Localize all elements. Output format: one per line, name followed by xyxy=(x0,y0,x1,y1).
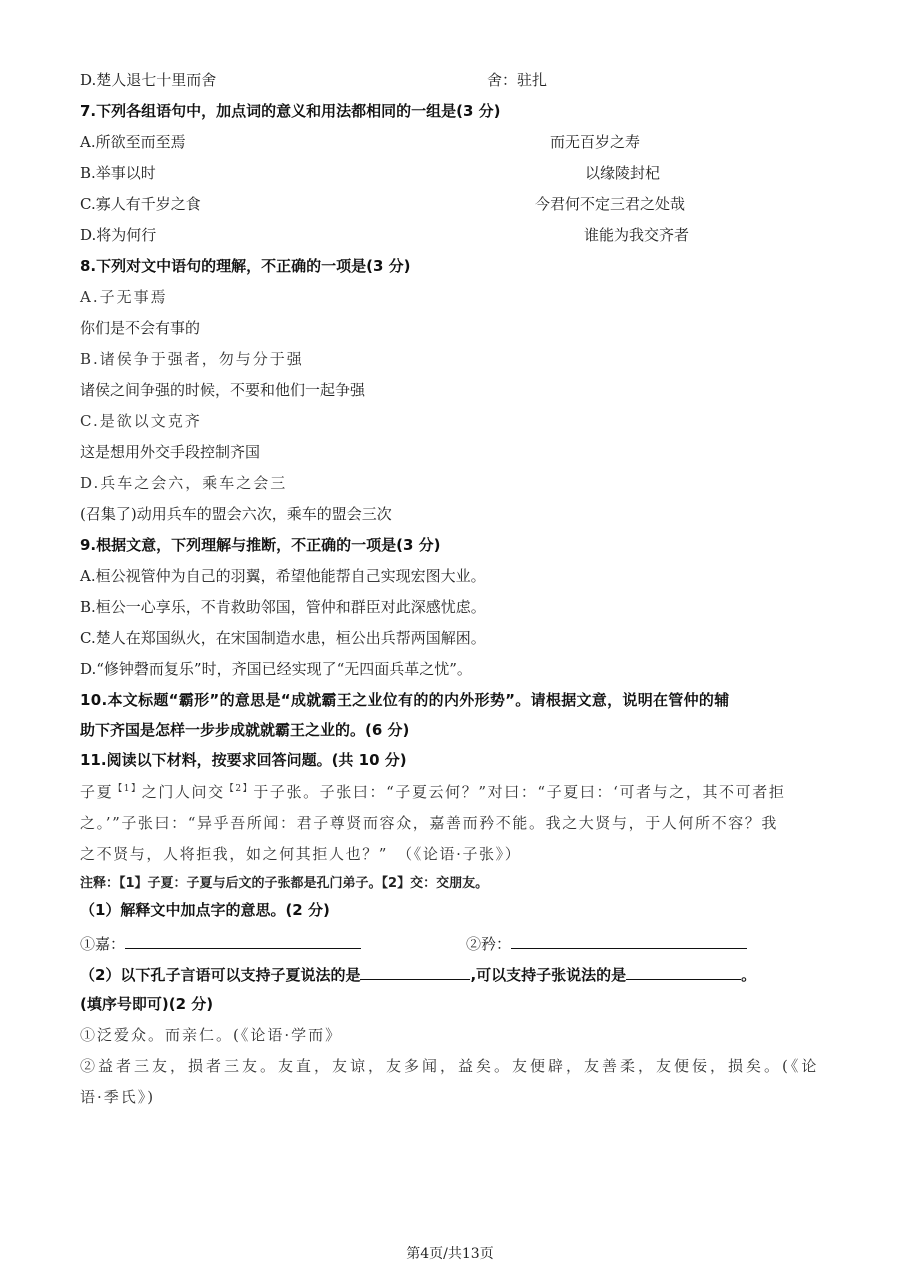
footnote-marker-2: 【2】 xyxy=(225,784,254,794)
q7-option-c-right: 今君何不定三君之处哉 xyxy=(535,194,685,214)
q10-stem-line1: 10.本文标题“霸形”的意思是“成就霸王之业位有的的内外形势”。请根据文意，说明… xyxy=(80,690,730,710)
passage-text: 于子张。子张曰：“子夏云何？”对曰：“子夏曰：‘可者与之，其不可者拒 xyxy=(253,783,785,801)
q8-option-d-translation: (召集了)动用兵车的盟会六次，乘车的盟会三次 xyxy=(80,504,392,524)
q8-option-b-translation: 诸侯之间争强的时候，不要和他们一起争强 xyxy=(80,380,365,400)
q9-option-d: D.“修钟磬而复乐”时，齐国已经实现了“无四面兵革之忧”。 xyxy=(80,659,472,679)
q7-option-b-left: B.举事以时 xyxy=(80,163,156,183)
q11-passage-line1: 子夏【1】之门人问交【2】于子张。子张曰：“子夏云何？”对曰：“子夏曰：‘可者与… xyxy=(80,782,785,802)
q11-annotation: 注释：【1】子夏：子夏与后文的子张都是孔门弟子。【2】交：交朋友。 xyxy=(80,874,488,894)
exam-page: D.楚人退七十里而舍 舍：驻扎 7.下列各组语句中，加点词的意义和用法都相同的一… xyxy=(0,0,900,1273)
answer-blank-jin[interactable] xyxy=(511,932,747,949)
q11-sub2-item2-line2: 语·季氏》) xyxy=(80,1087,155,1107)
passage-text: 子夏 xyxy=(80,783,113,801)
answer-blank-jia[interactable] xyxy=(125,932,361,949)
q11-stem: 11.阅读以下材料，按要求回答问题。(共 10 分) xyxy=(80,750,407,770)
q11-sub2-stem: （2）以下孔子言语可以支持子夏说法的是,可以支持子张说法的是。 xyxy=(80,963,756,985)
q8-stem: 8.下列对文中语句的理解，不正确的一项是(3 分) xyxy=(80,256,411,276)
q11-sub1-stem: （1）解释文中加点字的意思。(2 分) xyxy=(80,900,330,920)
q7-option-d-right: 谁能为我交齐者 xyxy=(584,225,689,245)
q9-option-b: B.桓公一心享乐，不肯救助邻国，管仲和群臣对此深感忧虑。 xyxy=(80,597,486,617)
q6-option-d-gloss: 舍：驻扎 xyxy=(487,70,547,90)
q11-passage-line2: 之。’”子张曰：“异乎吾所闻：君子尊贤而容众，嘉善而矜不能。我之大贤与，于人何所… xyxy=(80,813,778,833)
q8-option-c-translation: 这是想用外交手段控制齐国 xyxy=(80,442,260,462)
blank2-label: ②矜： xyxy=(466,935,511,953)
sub2-stem-part-b: ,可以支持子张说法的是 xyxy=(470,966,626,984)
q8-option-d: D.兵车之会六，乘车之会三 xyxy=(80,473,287,493)
q6-option-d: D.楚人退七十里而舍 xyxy=(80,70,216,90)
sub2-stem-part-c: 。 xyxy=(741,966,756,984)
q9-option-c: C.楚人在郑国纵火，在宋国制造水患，桓公出兵帮两国解困。 xyxy=(80,628,486,648)
q10-stem-line2: 助下齐国是怎样一步步成就就霸王之业的。(6 分) xyxy=(80,720,409,740)
q11-sub1-blank1-row: ①嘉： xyxy=(80,932,361,954)
q11-sub1-blank2-row: ②矜： xyxy=(466,932,747,954)
q11-sub2-item2-line1: ②益者三友，损者三友。友直，友谅，友多闻，益矣。友便辟，友善柔，友便佞，损矣。(… xyxy=(80,1056,819,1076)
q9-stem: 9.根据文意，下列理解与推断，不正确的一项是(3 分) xyxy=(80,535,441,555)
answer-blank-zizhang[interactable] xyxy=(626,963,741,980)
sub2-stem-part-a: （2）以下孔子言语可以支持子夏说法的是 xyxy=(80,966,360,984)
q8-option-b: B.诸侯争于强者，勿与分于强 xyxy=(80,349,304,369)
q11-sub2-item1: ①泛爱众。而亲仁。(《论语·学而》 xyxy=(80,1025,342,1045)
blank1-label: ①嘉： xyxy=(80,935,125,953)
q9-option-a: A.桓公视管仲为自己的羽翼，希望他能帮自己实现宏图大业。 xyxy=(80,566,486,586)
footnote-marker-1: 【1】 xyxy=(113,784,142,794)
q7-option-d-left: D.将为何行 xyxy=(80,225,156,245)
q11-passage-line3: 之不贤与，人将拒我，如之何其拒人也？” （《论语·子张》） xyxy=(80,844,521,864)
q8-option-c: C.是欲以文克齐 xyxy=(80,411,202,431)
q7-option-a-left: A.所欲至而至焉 xyxy=(80,132,186,152)
q8-option-a-translation: 你们是不会有事的 xyxy=(80,318,200,338)
q8-option-a: A.子无事焉 xyxy=(80,287,168,307)
q11-sub2-stem-line2: (填序号即可)(2 分) xyxy=(80,994,213,1014)
q7-option-c-left: C.寡人有千岁之食 xyxy=(80,194,201,214)
page-indicator: 第4页/共13页 xyxy=(0,1243,900,1263)
q7-option-b-right: 以缘陵封杞 xyxy=(585,163,660,183)
q7-stem: 7.下列各组语句中，加点词的意义和用法都相同的一组是(3 分) xyxy=(80,101,501,121)
passage-text: 之门人问交 xyxy=(142,783,225,801)
answer-blank-zixia[interactable] xyxy=(360,963,470,980)
q7-option-a-right: 而无百岁之寿 xyxy=(550,132,640,152)
